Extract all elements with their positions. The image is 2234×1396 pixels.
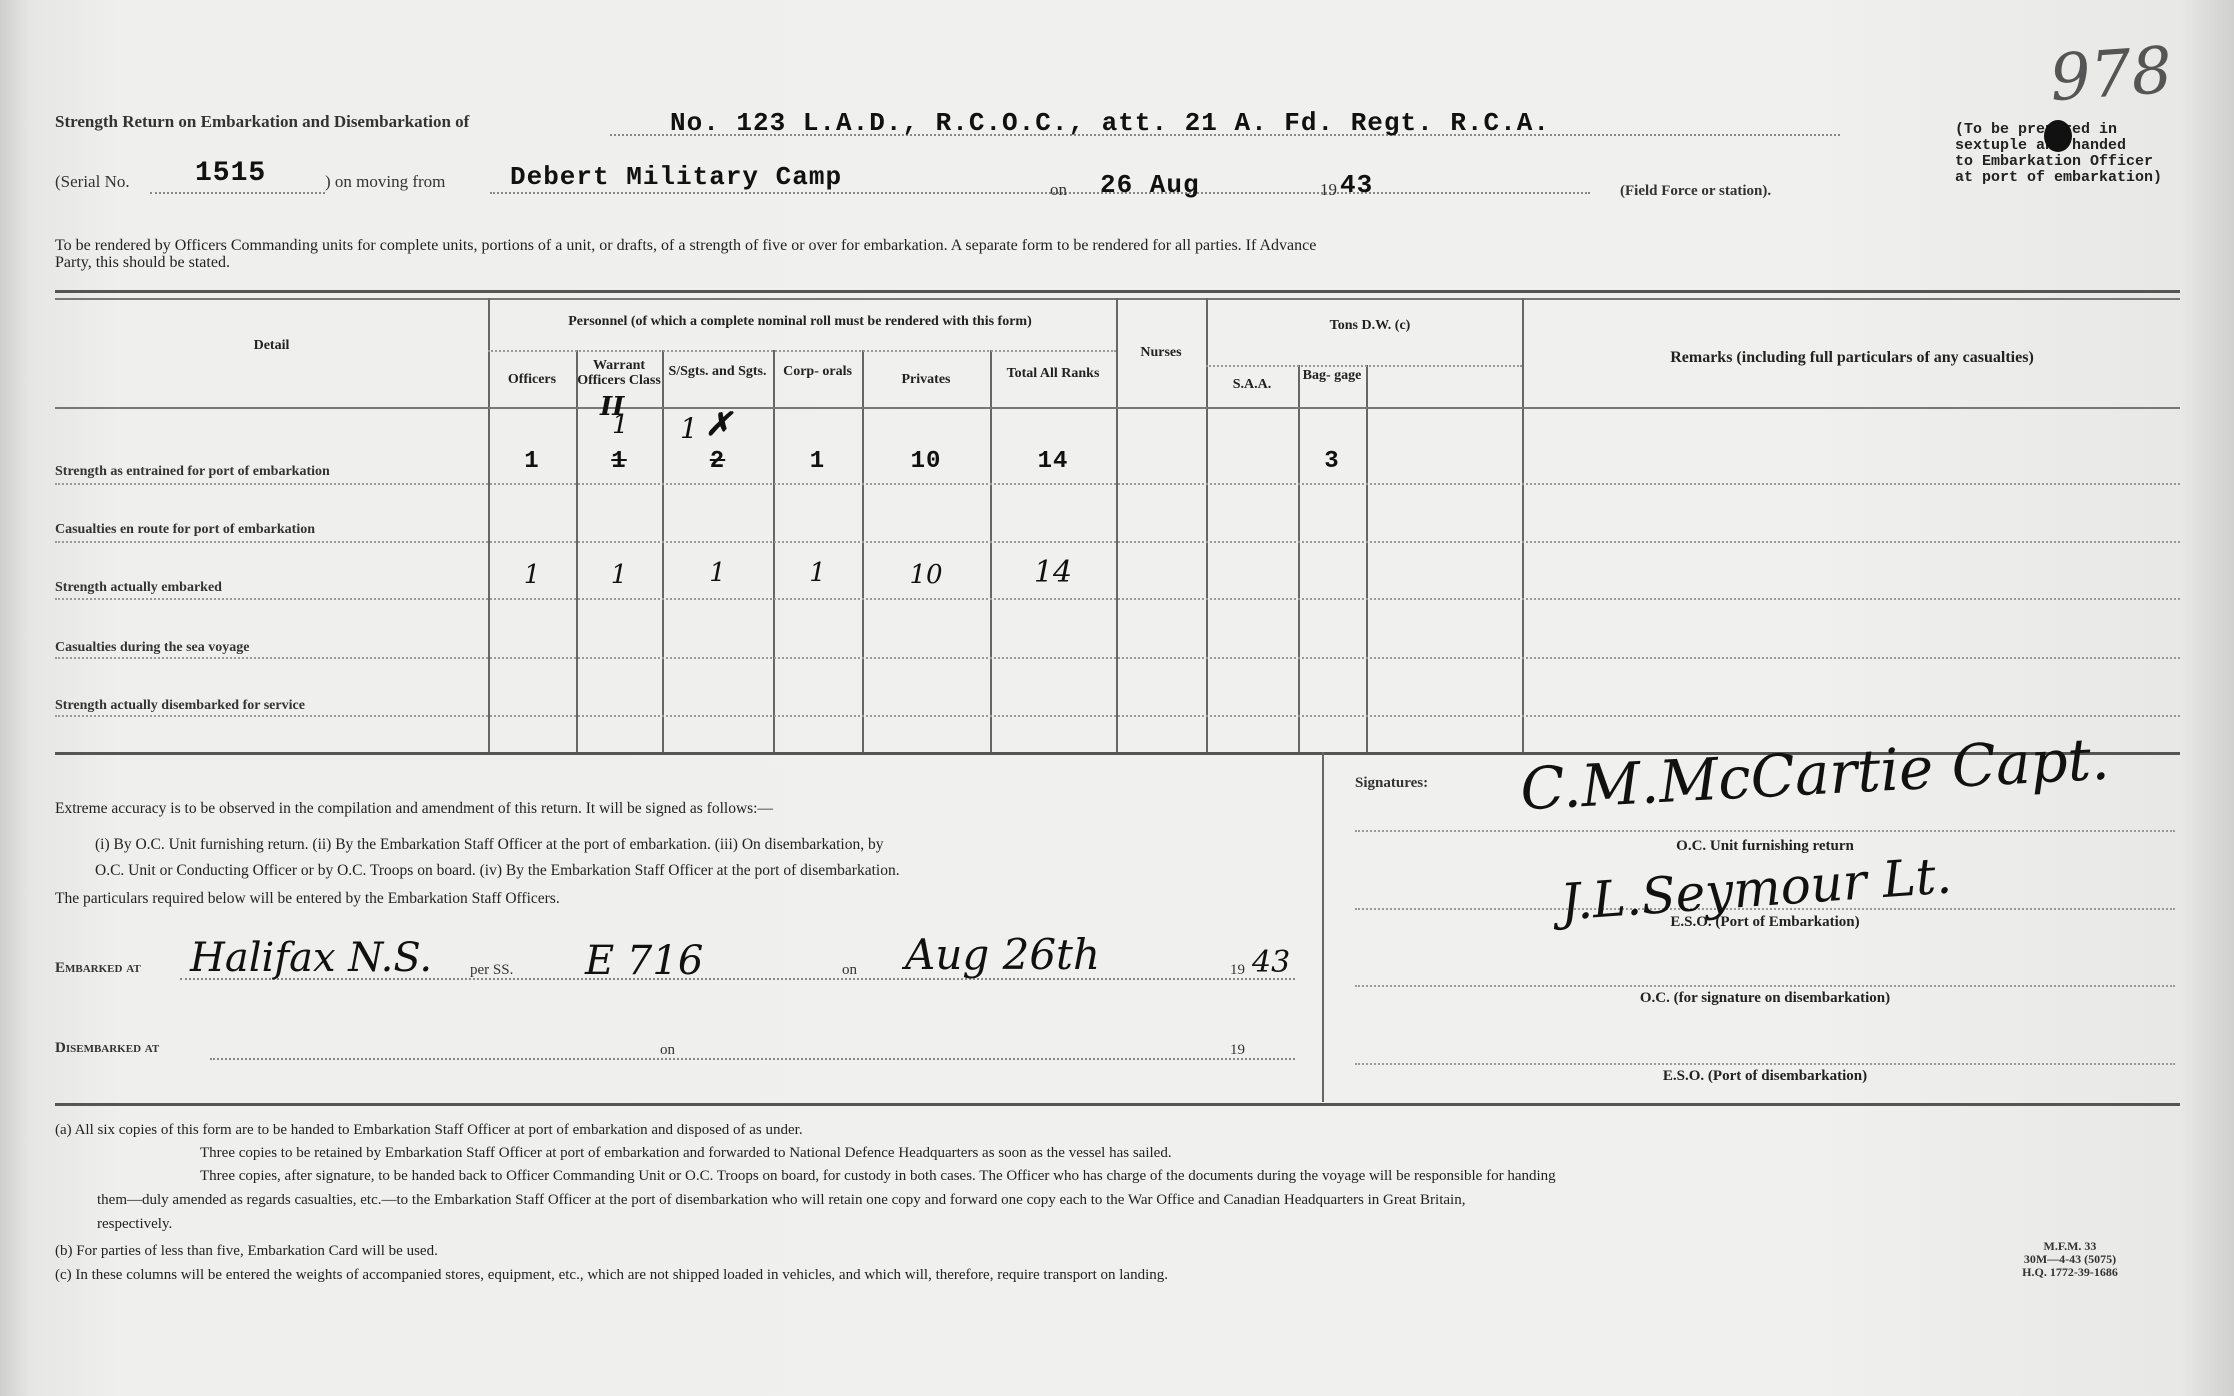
footnotes-top-border — [55, 1103, 2180, 1106]
footnote-a2: Three copies to be retained by Embarkati… — [200, 1145, 1172, 1162]
cell-embarked-total: 14 — [990, 555, 1116, 590]
col-divider — [1522, 298, 1524, 753]
accuracy-line-3: O.C. Unit or Conducting Officer or by O.… — [95, 862, 900, 880]
moving-underline — [490, 192, 1590, 194]
cell-embarked-sgts: 1 — [662, 558, 773, 588]
footnote-a3: Three copies, after signature, to be han… — [200, 1168, 1556, 1185]
ship-field: E 716 — [585, 938, 703, 984]
cell-embarked-corporals: 1 — [773, 558, 862, 588]
station-label: (Field Force or station). — [1620, 183, 1771, 200]
row-divider — [55, 657, 2180, 659]
signature-line — [1355, 1063, 2175, 1065]
cell-entrained-privates: 10 — [862, 448, 990, 475]
section-divider — [1322, 752, 1324, 1102]
cell-embarked-officers: 1 — [488, 560, 576, 590]
row-label-embarked: Strength actually embarked — [55, 580, 222, 596]
serial-underline — [150, 192, 325, 194]
row-label-casualties-route: Casualties en route for port of embarkat… — [55, 522, 315, 538]
embarked-at-label: Embarked at — [55, 960, 141, 977]
serial-label: (Serial No. — [55, 172, 130, 192]
form-code: M.F.M. 33 30M—4-43 (5075) H.Q. 1772-39-1… — [1995, 1240, 2145, 1279]
header-baggage: Bag- gage — [1298, 368, 1366, 383]
header-personnel: Personnel (of which a complete nominal r… — [520, 314, 1080, 329]
page-number: 978 — [2048, 34, 2175, 116]
col-divider — [1116, 298, 1118, 753]
signature-line — [1355, 985, 2175, 987]
row-label-casualties-voyage: Casualties during the sea voyage — [55, 640, 249, 656]
embarked-on-label: on — [842, 962, 857, 979]
col-divider — [488, 298, 490, 753]
col-divider — [1298, 365, 1300, 753]
header-warrant-officers: Warrant Officers Class — [576, 358, 662, 388]
header-bottom-border — [55, 407, 2180, 409]
col-divider — [662, 350, 664, 753]
per-ss-label: per SS. — [470, 962, 513, 979]
embarked-year-field: 43 — [1252, 945, 1290, 980]
disembarked-at-label: Disembarked at — [55, 1040, 159, 1057]
footnote-b: (b) For parties of less than five, Embar… — [55, 1243, 438, 1260]
header-saa: S.A.A. — [1206, 377, 1298, 392]
header-officers: Officers — [488, 372, 576, 387]
instructions: To be rendered by Officers Commanding un… — [55, 237, 1855, 271]
col-divider — [576, 350, 578, 753]
row-divider — [55, 715, 2180, 717]
form-title: Strength Return on Embarkation and Disem… — [55, 112, 469, 132]
header-divider — [1206, 365, 1522, 367]
warrant-value-correction: 1 — [612, 410, 629, 440]
accuracy-line-1: Extreme accuracy is to be observed in th… — [55, 800, 773, 818]
col-divider — [990, 350, 992, 753]
cell-embarked-warrant: 1 — [576, 560, 662, 590]
disembarked-underline — [210, 1058, 1295, 1060]
row-label-disembarked: Strength actually disembarked for servic… — [55, 698, 305, 714]
unit-field: No. 123 L.A.D., R.C.O.C., att. 21 A. Fd.… — [670, 108, 1550, 138]
accuracy-line-2: (i) By O.C. Unit furnishing return. (ii)… — [95, 836, 883, 854]
header-sgts: S/Sgts. and Sgts. — [662, 364, 773, 379]
footnote-a4: them—duly amended as regards casualties,… — [97, 1192, 1465, 1209]
strike-mark: ✗ — [705, 405, 732, 443]
cell-embarked-privates: 10 — [862, 560, 990, 590]
serial-number: 1515 — [195, 158, 266, 189]
header-tons: Tons D.W. (c) — [1310, 318, 1430, 333]
cell-entrained-baggage: 3 — [1298, 448, 1366, 475]
header-remarks: Remarks (including full particulars of a… — [1522, 350, 2182, 365]
footnote-a5: respectively. — [97, 1216, 172, 1233]
date-on-label: on — [1050, 180, 1067, 200]
row-divider — [55, 541, 2180, 543]
footnote-a1: (a) All six copies of this form are to b… — [55, 1122, 803, 1139]
signature-oc-unit: C.M.McCartie Capt. — [1519, 725, 2111, 824]
year-field: 43 — [1340, 170, 1373, 200]
sig-role-eso-disembarkation: E.S.O. (Port of disembarkation) — [1540, 1068, 1990, 1085]
col-divider — [773, 350, 775, 753]
row-divider — [55, 483, 2180, 485]
row-divider — [55, 598, 2180, 600]
header-corporals: Corp- orals — [773, 364, 862, 379]
header-detail: Detail — [55, 338, 488, 353]
disembarked-on-label: on — [660, 1042, 675, 1059]
year-prefix: 19 — [1320, 180, 1337, 200]
cell-entrained-warrant: 1 — [576, 448, 662, 475]
moving-from-label: ) on moving from — [325, 172, 445, 192]
embarked-date-field: Aug 26th — [905, 930, 1100, 979]
header-total: Total All Ranks — [990, 366, 1116, 381]
accuracy-line-4: The particulars required below will be e… — [55, 890, 560, 908]
header-privates: Privates — [862, 372, 990, 387]
moving-from-field: Debert Military Camp — [510, 162, 842, 192]
sgts-value-correction: 1 — [680, 412, 698, 445]
row-label-entrained: Strength as entrained for port of embark… — [55, 464, 330, 480]
date-field: 26 Aug — [1100, 170, 1200, 200]
col-divider — [862, 350, 864, 753]
embarked-at-field: Halifax N.S. — [190, 935, 432, 981]
document-page: 978 (To be prepared in sextuple and hand… — [0, 0, 2234, 1396]
cell-entrained-total: 14 — [990, 448, 1116, 475]
sig-role-eso-embarkation: E.S.O. (Port of Embarkation) — [1540, 914, 1990, 931]
table-top-border — [55, 290, 2180, 293]
ink-blot — [2044, 120, 2072, 152]
signatures-label: Signatures: — [1355, 775, 1428, 792]
cell-entrained-officers: 1 — [488, 448, 576, 475]
footnote-c: (c) In these columns will be entered the… — [55, 1267, 1168, 1284]
col-divider — [1366, 365, 1368, 753]
sig-role-oc-disembarkation: O.C. (for signature on disembarkation) — [1540, 990, 1990, 1007]
header-divider — [488, 350, 1116, 352]
signature-line — [1355, 830, 2175, 832]
cell-entrained-sgts: 2 — [662, 448, 773, 475]
embarked-year-prefix: 19 — [1230, 962, 1245, 979]
disembarked-year-prefix: 19 — [1230, 1042, 1245, 1059]
header-nurses: Nurses — [1116, 345, 1206, 360]
cell-entrained-corporals: 1 — [773, 448, 862, 475]
